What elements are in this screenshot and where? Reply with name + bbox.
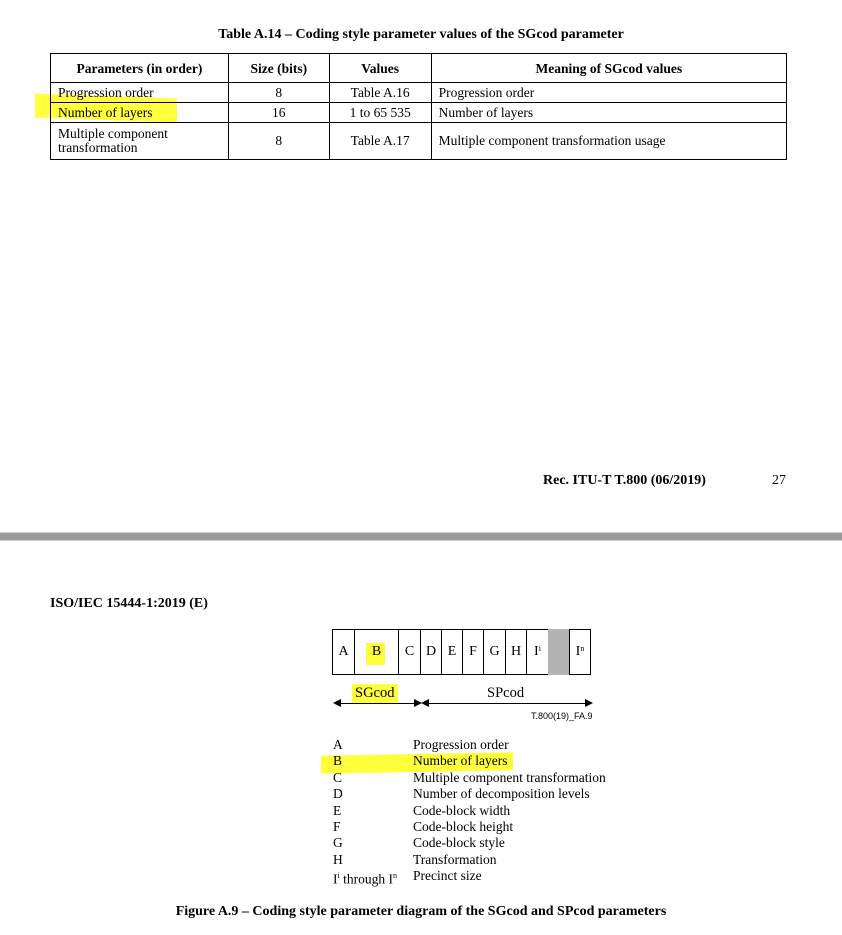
document-header: ISO/IEC 15444-1:2019 (E) — [50, 596, 208, 612]
legend-key: A — [333, 737, 413, 753]
legend-meaning: Code-block width — [413, 803, 510, 819]
box-label: D — [426, 644, 436, 660]
legend-key: D — [333, 786, 413, 802]
sgcod-range-line — [340, 703, 415, 704]
legend-meaning: Precinct size — [413, 868, 482, 888]
spcod-range-line — [428, 703, 586, 704]
legend-meaning: Progression order — [413, 737, 509, 753]
box-label: B — [372, 644, 381, 660]
header-values: Values — [329, 54, 431, 83]
cell-meaning: Number of layers — [431, 103, 786, 123]
legend-item: GCode-block style — [333, 835, 606, 851]
cell-values: 1 to 65 535 — [329, 103, 431, 123]
box-b: B — [354, 629, 399, 675]
footer-recommendation: Rec. ITU-T T.800 (06/2019) — [543, 473, 706, 489]
cell-size: 8 — [228, 83, 329, 103]
box-sup: n — [580, 644, 584, 653]
table-row: Progression order 8 Table A.16 Progressi… — [51, 83, 787, 103]
sgcod-parameter-table: Parameters (in order) Size (bits) Values… — [50, 53, 787, 160]
legend-meaning: Code-block style — [413, 835, 505, 851]
legend-key: B — [333, 753, 413, 769]
legend-meaning: Transformation — [413, 852, 497, 868]
cell-values: Table A.16 — [329, 83, 431, 103]
box-f: F — [462, 629, 484, 675]
box-e: E — [441, 629, 463, 675]
legend-key-through: through I — [340, 872, 393, 887]
legend-item: CMultiple component transformation — [333, 770, 606, 786]
box-label: H — [511, 644, 521, 660]
legend-item: FCode-block height — [333, 819, 606, 835]
arrow-right-icon — [585, 699, 593, 707]
legend-key-sup: n — [393, 871, 397, 880]
legend-item: BNumber of layers — [333, 753, 606, 769]
box-c: C — [398, 629, 421, 675]
legend-item: Ii through In Precinct size — [333, 868, 606, 888]
legend-key: C — [333, 770, 413, 786]
parameter-box-row: A B C D E F G H Ii In — [333, 629, 591, 675]
spcod-label: SPcod — [487, 685, 524, 702]
legend-key: H — [333, 852, 413, 868]
box-i-last: In — [569, 629, 591, 675]
page-separator — [0, 532, 842, 541]
cell-size: 8 — [228, 123, 329, 160]
legend-item: DNumber of decomposition levels — [333, 786, 606, 802]
box-a: A — [332, 629, 355, 675]
legend-item: AProgression order — [333, 737, 606, 753]
header-meaning: Meaning of SGcod values — [431, 54, 786, 83]
box-h: H — [505, 629, 527, 675]
legend-meaning: Number of decomposition levels — [413, 786, 590, 802]
box-label: A — [338, 644, 348, 660]
table-title: Table A.14 – Coding style parameter valu… — [0, 27, 842, 43]
table-header-row: Parameters (in order) Size (bits) Values… — [51, 54, 787, 83]
cell-size: 16 — [228, 103, 329, 123]
cell-meaning: Multiple component transformation usage — [431, 123, 786, 160]
cell-parameter: Multiple component transformation — [51, 123, 229, 160]
box-g: G — [483, 629, 506, 675]
cell-meaning: Progression order — [431, 83, 786, 103]
legend-item: ECode-block width — [333, 803, 606, 819]
table-row: Multiple component transformation 8 Tabl… — [51, 123, 787, 160]
cell-values: Table A.17 — [329, 123, 431, 160]
box-ellipsis-gray — [548, 629, 570, 675]
header-parameters: Parameters (in order) — [51, 54, 229, 83]
figure-code: T.800(19)_FA.9 — [531, 711, 593, 721]
legend-meaning: Multiple component transformation — [413, 770, 606, 786]
box-label: C — [405, 644, 414, 660]
cell-parameter: Progression order — [51, 83, 229, 103]
box-label: F — [469, 644, 477, 660]
sgcod-label: SGcod — [355, 685, 394, 702]
box-label: E — [448, 644, 457, 660]
figure-caption: Figure A.9 – Coding style parameter diag… — [0, 904, 842, 920]
cell-parameter: Number of layers — [51, 103, 229, 123]
box-d: D — [420, 629, 442, 675]
footer-page-number: 27 — [772, 473, 786, 489]
legend-meaning: Code-block height — [413, 819, 513, 835]
header-size: Size (bits) — [228, 54, 329, 83]
legend-key: G — [333, 835, 413, 851]
box-label: G — [489, 644, 499, 660]
table-row: Number of layers 16 1 to 65 535 Number o… — [51, 103, 787, 123]
box-sup: i — [539, 644, 541, 653]
box-i-first: Ii — [526, 629, 549, 675]
legend-key: Ii through In — [333, 868, 413, 888]
legend-meaning: Number of layers — [413, 753, 507, 769]
legend-item: HTransformation — [333, 852, 606, 868]
diagram-legend: AProgression order BNumber of layers CMu… — [333, 737, 606, 888]
legend-key: F — [333, 819, 413, 835]
legend-key: E — [333, 803, 413, 819]
